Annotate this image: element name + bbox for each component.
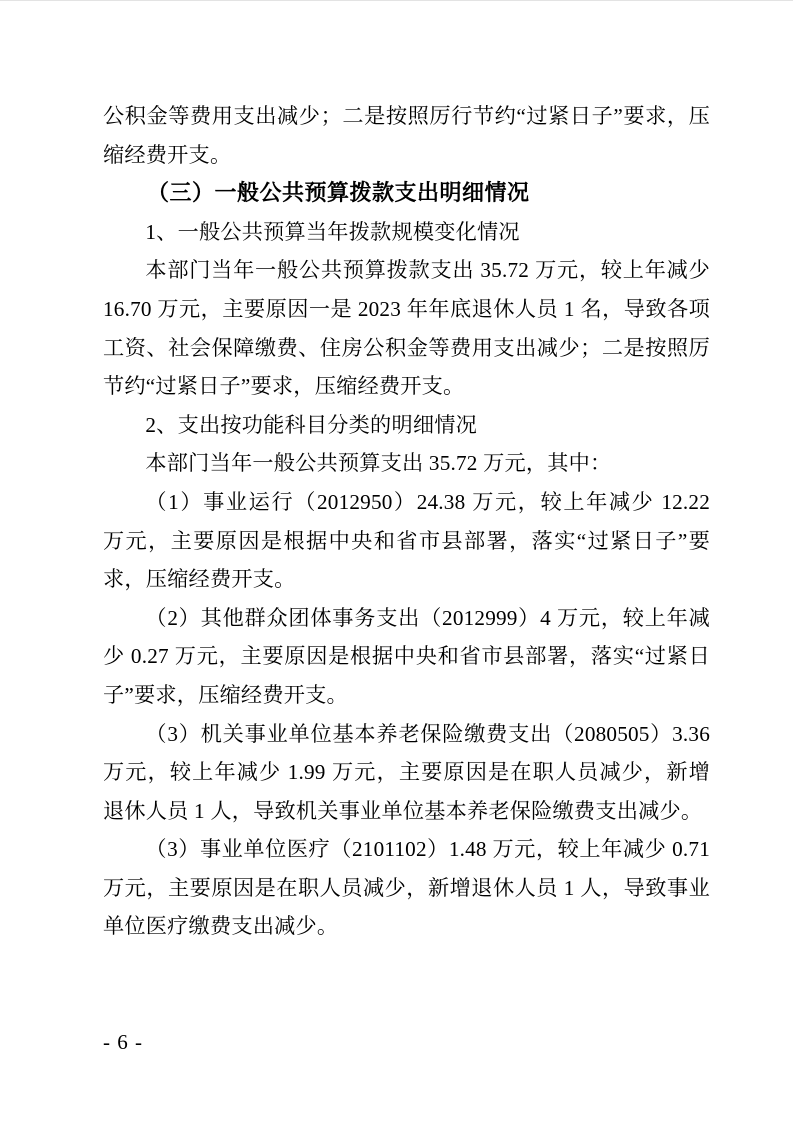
text-line: 单位医疗缴费支出减少。 (103, 907, 710, 946)
text-line: （1）事业运行（2012950）24.38 万元，较上年减少 12.22 (103, 483, 710, 522)
section-heading: （三）一般公共预算拨款支出明细情况 (103, 174, 710, 213)
text-line: 万元，较上年减少 1.99 万元，主要原因是在职人员减少，新增 (103, 753, 710, 792)
text-line: 少 0.27 万元，主要原因是根据中央和省市县部署，落实“过紧日 (103, 637, 710, 676)
document-page: 公积金等费用支出减少；二是按照厉行节约“过紧日子”要求，压缩经费开支。（三）一般… (0, 0, 793, 1122)
text-line: 节约“过紧日子”要求，压缩经费开支。 (103, 367, 710, 406)
text-line: （3）机关事业单位基本养老保险缴费支出（2080505）3.36 (103, 715, 710, 754)
text-line: 子”要求，压缩经费开支。 (103, 676, 710, 715)
text-line: 本部门当年一般公共预算支出 35.72 万元，其中： (103, 444, 710, 483)
text-line: 1、一般公共预算当年拨款规模变化情况 (103, 213, 710, 252)
text-line: 缩经费开支。 (103, 136, 710, 175)
text-line: （2）其他群众团体事务支出（2012999）4 万元，较上年减 (103, 599, 710, 638)
text-line: 万元，主要原因是根据中央和省市县部署，落实“过紧日子”要 (103, 522, 710, 561)
text-line: 本部门当年一般公共预算拨款支出 35.72 万元，较上年减少 (103, 251, 710, 290)
text-line: （3）事业单位医疗（2101102）1.48 万元，较上年减少 0.71 (103, 830, 710, 869)
text-line: 2、支出按功能科目分类的明细情况 (103, 406, 710, 445)
document-body: 公积金等费用支出减少；二是按照厉行节约“过紧日子”要求，压缩经费开支。（三）一般… (103, 97, 710, 946)
text-line: 公积金等费用支出减少；二是按照厉行节约“过紧日子”要求，压 (103, 97, 710, 136)
text-line: 求，压缩经费开支。 (103, 560, 710, 599)
text-line: 万元，主要原因是在职人员减少，新增退休人员 1 人，导致事业 (103, 869, 710, 908)
page-footer: - 6 - (103, 1027, 143, 1057)
text-line: 工资、社会保障缴费、住房公积金等费用支出减少；二是按照厉行 (103, 329, 710, 368)
text-line: 退休人员 1 人，导致机关事业单位基本养老保险缴费支出减少。 (103, 792, 710, 831)
footer-page-number: - 6 - (103, 1030, 143, 1054)
text-line: 16.70 万元，主要原因一是 2023 年年底退休人员 1 名，导致各项 (103, 290, 710, 329)
